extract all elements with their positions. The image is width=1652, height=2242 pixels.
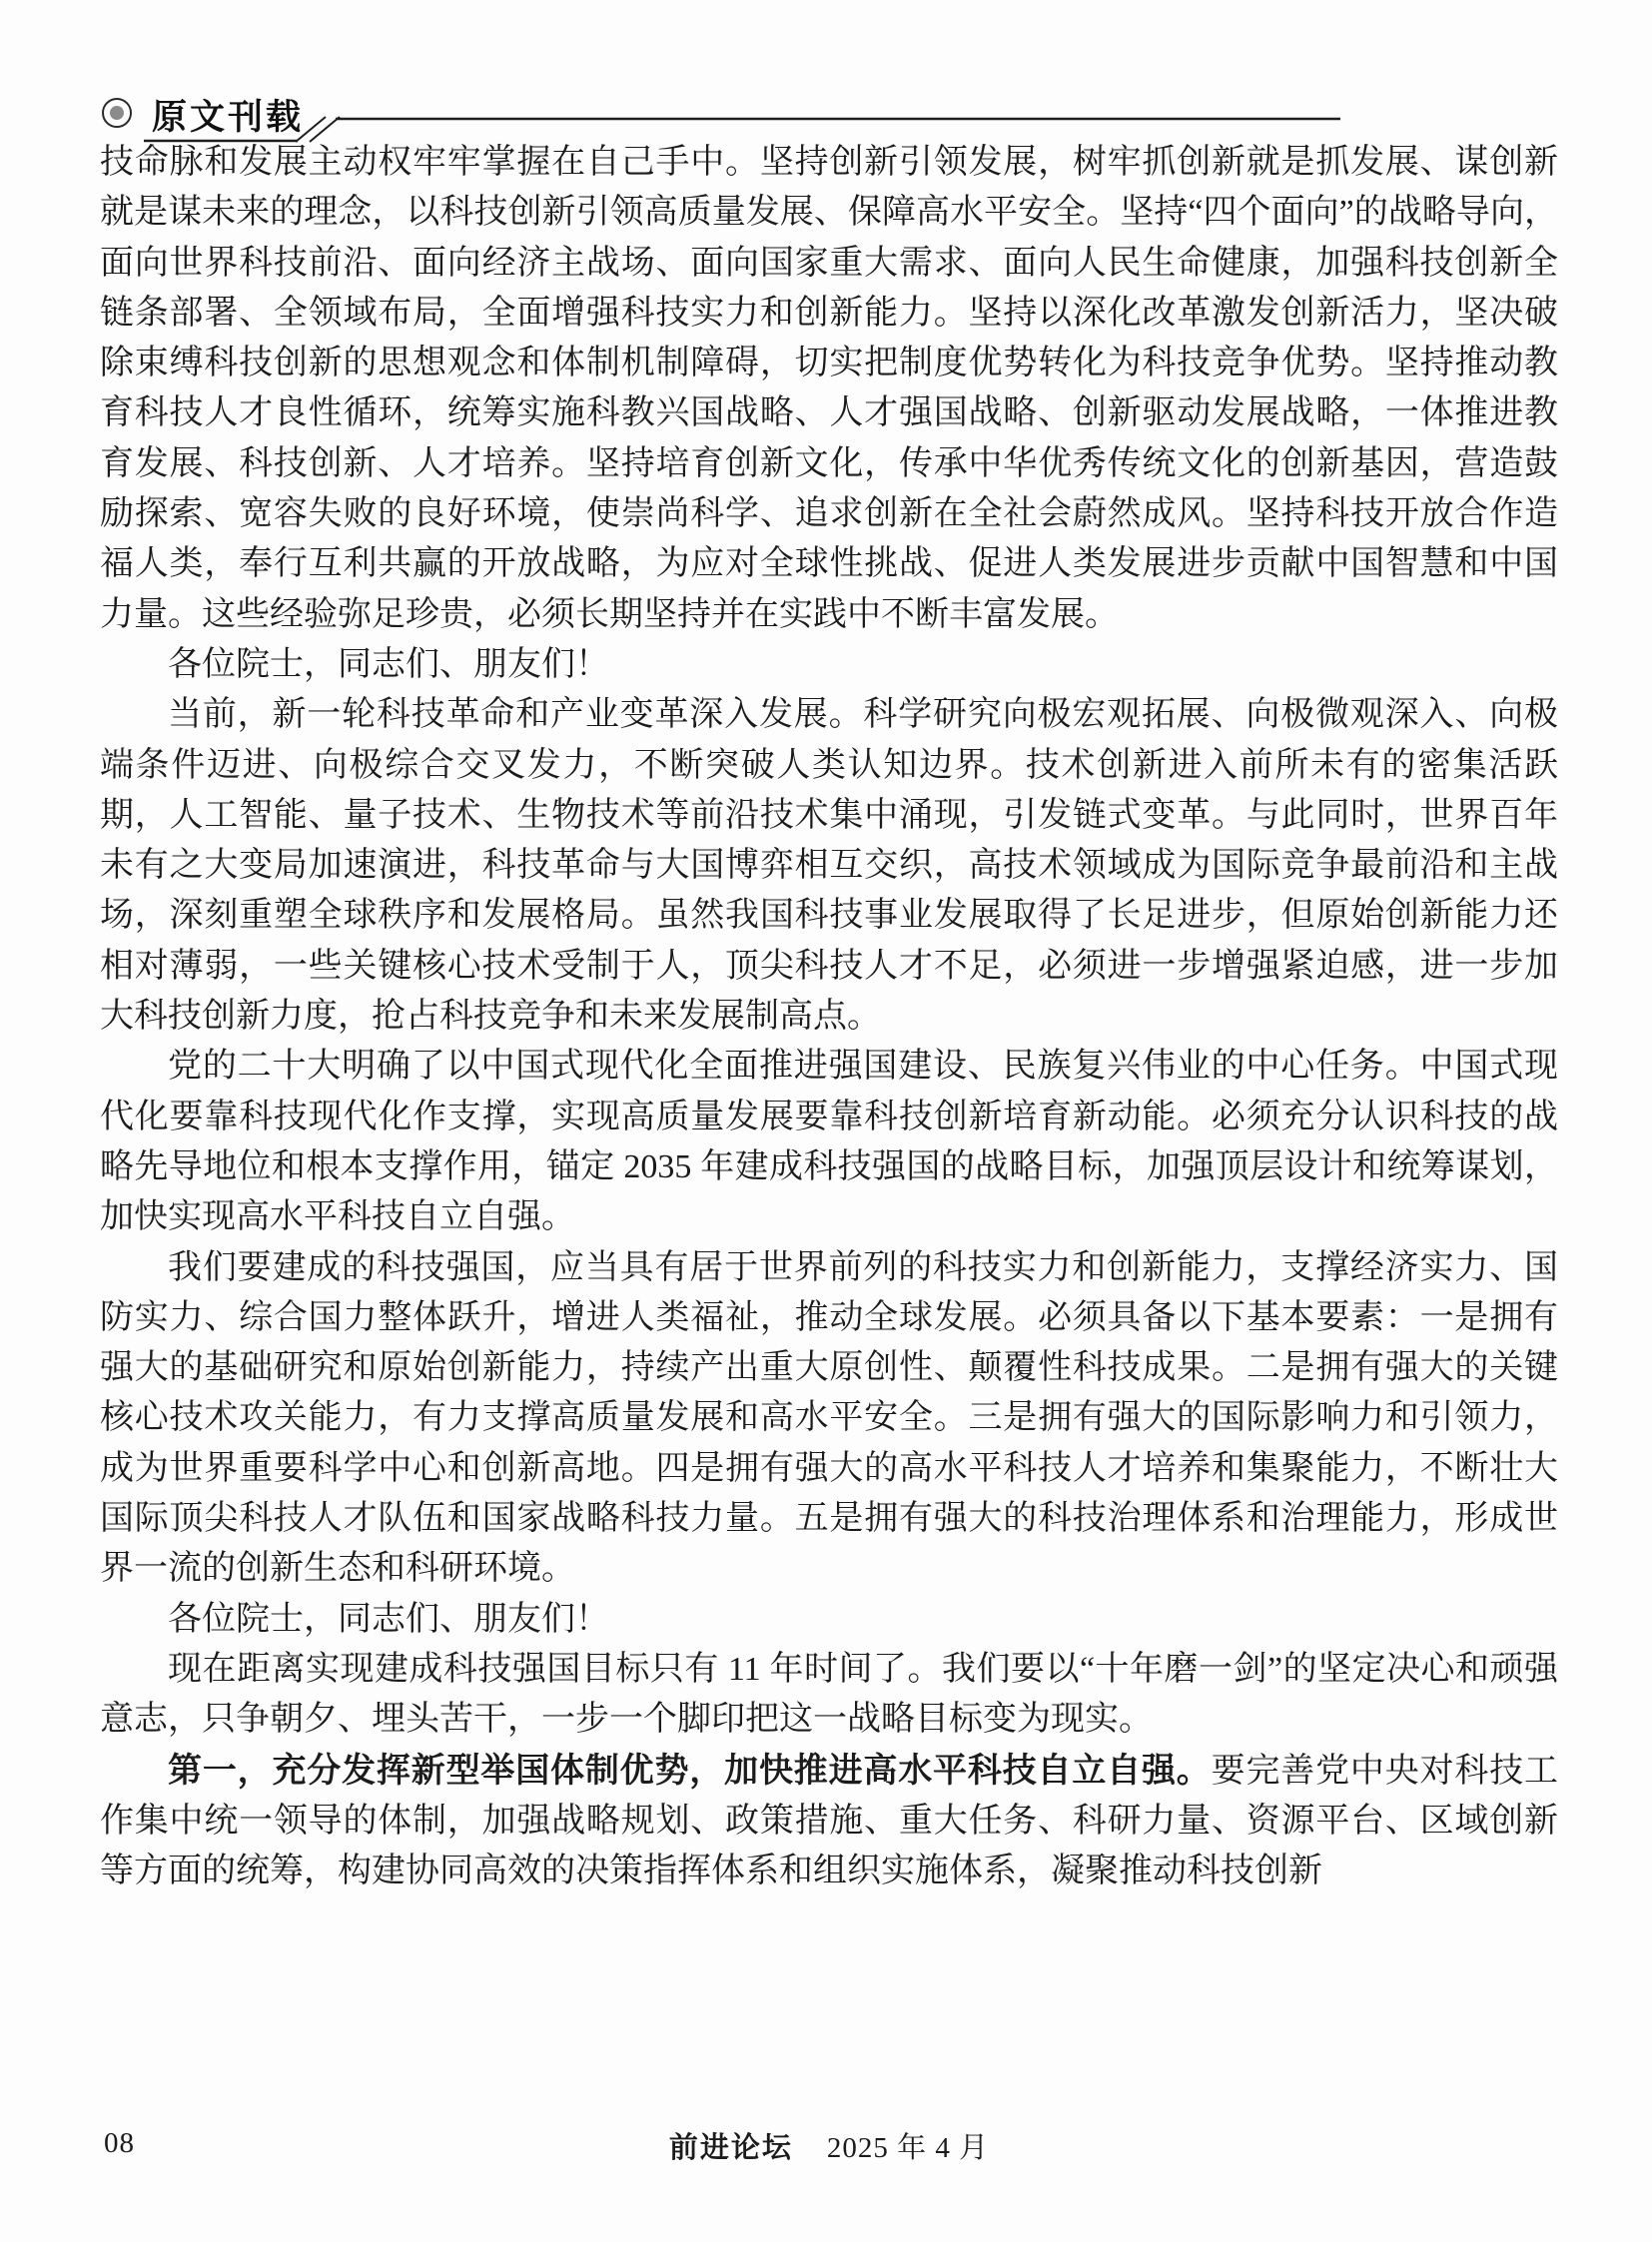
journal-name: 前进论坛 [669, 2132, 793, 2164]
paragraph-8: 第一，充分发挥新型举国体制优势，加快推进高水平科技自立自强。要完善党中央对科技工… [100, 1746, 1558, 1897]
bullseye-icon [102, 98, 132, 128]
paragraph-4: 党的二十大明确了以中国式现代化全面推进强国建设、民族复兴伟业的中心任务。中国式现… [100, 1042, 1558, 1242]
page-footer: 08 前进论坛2025 年 4 月 [100, 2125, 1558, 2165]
footer-center: 前进论坛2025 年 4 月 [100, 2125, 1558, 2166]
paragraph-7: 现在距离实现建成科技强国目标只有 11 年时间了。我们要以“十年磨一剑”的坚定决… [100, 1645, 1558, 1746]
paragraph-1: 技命脉和发展主动权牢牢掌握在自己手中。坚持创新引领发展，树牢抓创新就是抓发展、谋… [100, 138, 1558, 640]
section-title: 原文刊载 [152, 90, 304, 140]
issue-date: 2025 年 4 月 [827, 2132, 989, 2164]
paragraph-2: 各位院士，同志们、朋友们！ [100, 640, 1558, 690]
document-page: 原文刊载 技命脉和发展主动权牢牢掌握在自己手中。坚持创新引领发展，树牢抓创新就是… [0, 0, 1652, 2242]
bullseye-dot [110, 106, 124, 120]
article-body: 技命脉和发展主动权牢牢掌握在自己手中。坚持创新引领发展，树牢抓创新就是抓发展、谋… [100, 138, 1558, 1896]
paragraph-5: 我们要建成的科技强国，应当具有居于世界前列的科技实力和创新能力，支撑经济实力、国… [100, 1243, 1558, 1595]
paragraph-6: 各位院士，同志们、朋友们！ [100, 1595, 1558, 1645]
paragraph-3: 当前，新一轮科技革命和产业变革深入发展。科学研究向极宏观拓展、向极微观深入、向极… [100, 690, 1558, 1042]
paragraph-8-bold-lead: 第一，充分发挥新型举国体制优势，加快推进高水平科技自立自强。 [168, 1752, 1212, 1790]
